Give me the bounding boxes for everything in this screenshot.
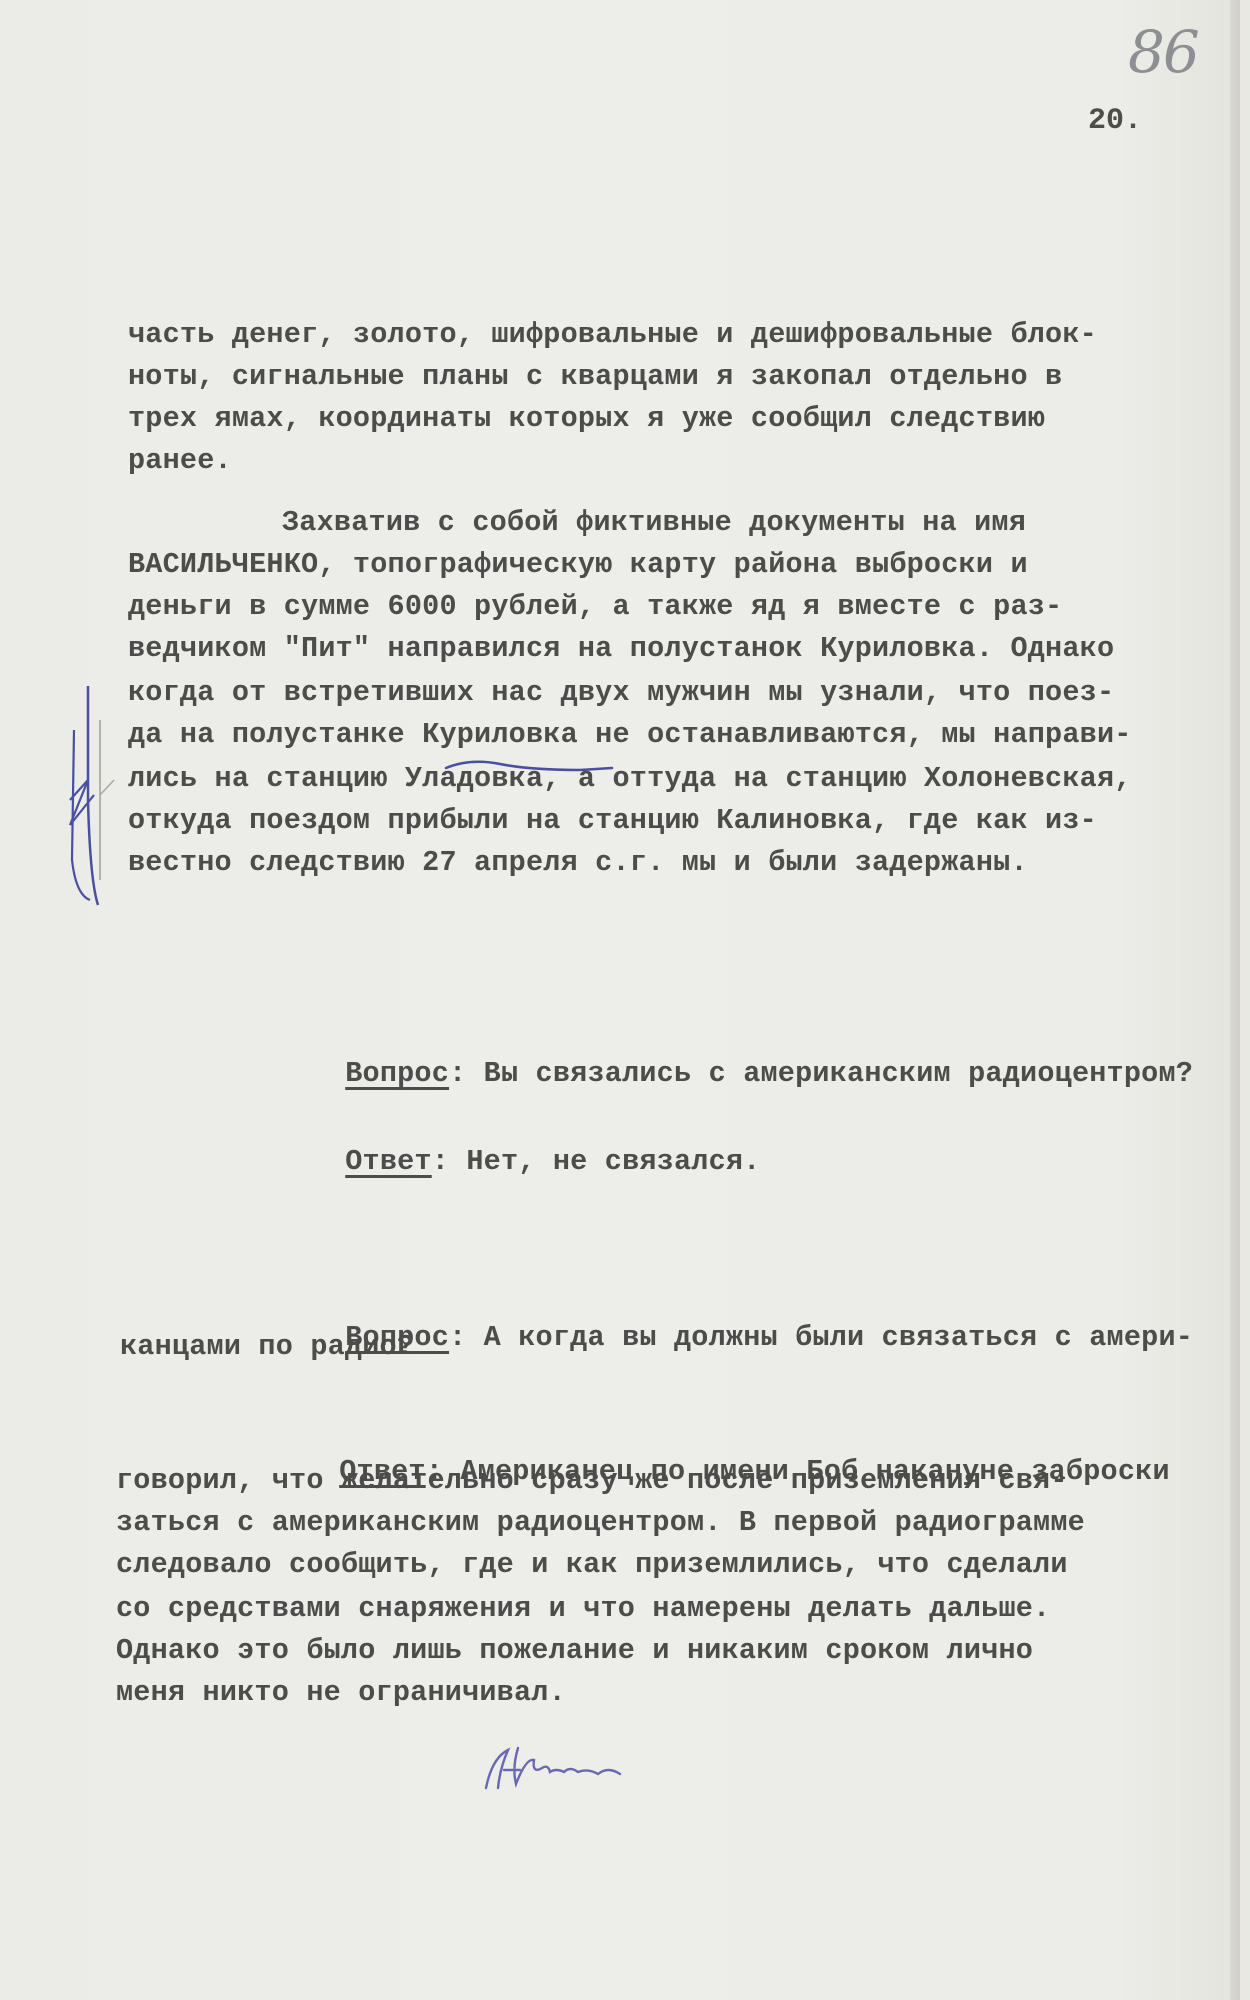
text-line: лись на станцию Уладовка, а оттуда на ст… <box>128 762 1132 795</box>
question-text: : А когда вы должны были связаться с аме… <box>449 1321 1193 1354</box>
answer-line: заться с американским радиоцентром. В пе… <box>116 1506 1085 1539</box>
archive-page-number: 86 <box>1128 18 1198 86</box>
text-line: ведчиком "Пит" направился на полустанок … <box>128 632 1114 665</box>
text-line: откуда поездом прибыли на станцию Калино… <box>128 804 1097 837</box>
answer-line: следовало сообщить, где и как приземлили… <box>116 1548 1068 1581</box>
text-line: ВАСИЛЬЧЕНКО, топографическую карту район… <box>128 548 1028 581</box>
text-line: ноты, сигнальные планы с кварцами я зако… <box>128 360 1062 393</box>
text-line: часть денег, золото, шифровальные и деши… <box>128 318 1097 351</box>
text-line: трех ямах, координаты которых я уже сооб… <box>128 402 1045 435</box>
answer-label: Ответ <box>345 1145 432 1178</box>
question-line: канцами по радио? <box>120 1330 414 1363</box>
answer-text: : Нет, не связался. <box>432 1145 761 1178</box>
text-line: Захватив с собой фиктивные документы на … <box>282 506 1026 539</box>
answer-line: говорил, что желательно сразу же после п… <box>116 1464 1068 1497</box>
text-line: когда от встретивших нас двух мужчин мы … <box>128 676 1114 709</box>
text-line: деньги в сумме 6000 рублей, а также яд я… <box>128 590 1062 623</box>
answer-line: со средствами снаряжения и что намерены … <box>116 1592 1050 1625</box>
question-label: Вопрос <box>345 1057 449 1090</box>
page-edge-shadow <box>1230 0 1240 2000</box>
margin-mark-icon <box>58 680 118 930</box>
answer-line: меня никто не ограничивал. <box>116 1676 566 1709</box>
text-line: ранее. <box>128 444 232 477</box>
text-line: да на полустанке Куриловка не останавлив… <box>128 718 1132 751</box>
page-number: 20. <box>1088 104 1142 138</box>
question-text: : Вы связались с американским радиоцентр… <box>449 1057 1193 1090</box>
answer-line: Ответ: Нет, не связался. <box>276 1112 761 1211</box>
document-page: 86 20. часть денег, золото, шифровальные… <box>0 0 1240 2000</box>
answer-line: Однако это было лишь пожелание и никаким… <box>116 1634 1033 1667</box>
question-line: Вопрос: Вы связались с американским ради… <box>276 1024 1193 1123</box>
pen-underline-mark <box>440 750 620 780</box>
text-line: вестно следствию 27 апреля с.г. мы и был… <box>128 846 1028 879</box>
signature-icon <box>478 1738 668 1798</box>
